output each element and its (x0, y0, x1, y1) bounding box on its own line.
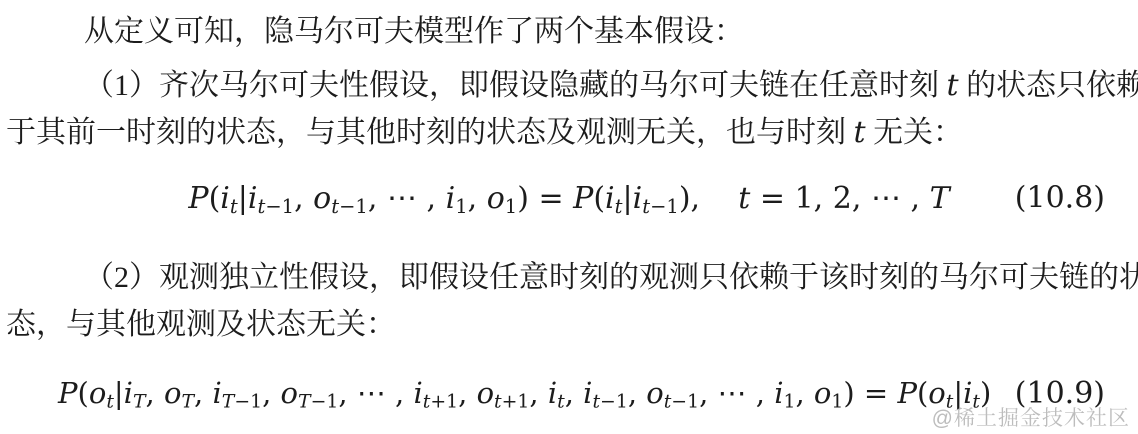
assumption1-line1-post: 的状态只依赖 (959, 69, 1138, 102)
time-variable-t: t (854, 115, 866, 150)
assumption1-line2: 于其前一时刻的状态，与其他时刻的状态及观测无关，也与时刻 t 无关： (0, 109, 1138, 156)
assumption1-line2-pre: 于其前一时刻的状态，与其他时刻的状态及观测无关，也与时刻 (6, 116, 854, 149)
assumption1-line2-post: 无关： (866, 116, 964, 149)
watermark-text: @稀土掘金技术社区 (932, 402, 1130, 432)
assumption2-line2: 态，与其他观测及状态无关： (0, 301, 1138, 348)
assumption1-line1-pre: （1）齐次马尔可夫性假设，即假设隐藏的马尔可夫链在任意时刻 (84, 69, 947, 102)
intro-text: 从定义可知，隐马尔可夫模型作了两个基本假设： (84, 15, 744, 48)
equation-10-8-row: P(it|it−1, ot−1, ⋯ , i1, o1) = P(it|it−1… (0, 172, 1138, 224)
intro-paragraph: 从定义可知，隐马尔可夫模型作了两个基本假设： (0, 8, 1138, 55)
assumption2-line1-text: （2）观测独立性假设，即假设任意时刻的观测只依赖于该时刻的马尔可夫链的状 (84, 261, 1138, 294)
assumption2-line2-text: 态，与其他观测及状态无关： (6, 308, 396, 341)
assumption2-line1: （2）观测独立性假设，即假设任意时刻的观测只依赖于该时刻的马尔可夫链的状 (0, 254, 1138, 301)
equation-10-8-number: (10.8) (1015, 181, 1105, 216)
assumption1-line1: （1）齐次马尔可夫性假设，即假设隐藏的马尔可夫链在任意时刻 t 的状态只依赖 (0, 62, 1138, 109)
time-variable-t: t (947, 68, 959, 103)
equation-10-8-formula: P(it|it−1, ot−1, ⋯ , i1, o1) = P(it|it−1… (188, 181, 949, 216)
equation-10-9-formula: P(ot|iT, oT, iT−1, oT−1, ⋯ , it+1, ot+1,… (58, 376, 991, 410)
document-page: 从定义可知，隐马尔可夫模型作了两个基本假设： （1）齐次马尔可夫性假设，即假设隐… (0, 0, 1138, 434)
